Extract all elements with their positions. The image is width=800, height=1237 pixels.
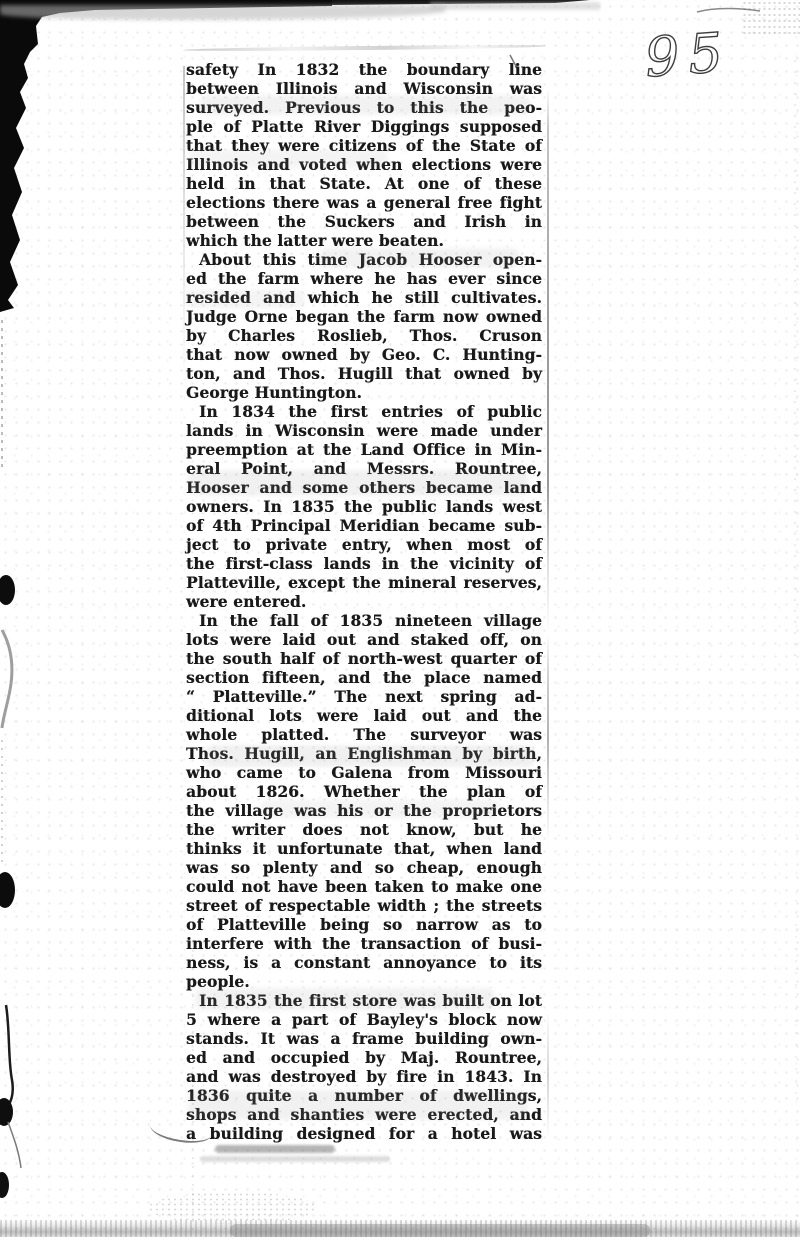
text-line: street of respectable width ; the street… (186, 896, 542, 915)
text-line: resided and which he still cultivates. (186, 288, 542, 307)
text-line: eral Point, and Messrs. Rountree, (186, 459, 542, 478)
text-line: preemption at the Land Office in Min- (186, 440, 542, 459)
text-line: lands in Wisconsin were made under (186, 421, 542, 440)
scan-smudge-top (0, 5, 445, 20)
scan-noise-bottom-band (0, 1220, 800, 1237)
text-line: “ Platteville.” The next spring ad- (186, 687, 542, 706)
text-line: of 4th Principal Meridian became sub- (186, 516, 542, 535)
text-line: between Illinois and Wisconsin was (186, 79, 542, 98)
text-line: which the latter were beaten. (186, 231, 542, 250)
text-line: 5 where a part of Bayley's block now (186, 1010, 542, 1029)
text-line: Illinois and voted when elections were (186, 155, 542, 174)
text-line: 1836 quite a number of dwellings, (186, 1086, 542, 1105)
text-line: that now owned by Geo. C. Hunting- (186, 345, 542, 364)
text-line: stands. It was a frame building own- (186, 1029, 542, 1048)
paragraph: In the fall of 1835 nineteen villagelots… (186, 611, 542, 991)
text-line: shops and shanties were erected, and (186, 1105, 542, 1124)
paragraph: safety In 1832 the boundary linebetween … (186, 60, 542, 250)
text-line: ness, is a constant annoyance to its (186, 953, 542, 972)
text-line: ple of Platte River Diggings supposed (186, 117, 542, 136)
text-line: In 1834 the first entries of public (186, 402, 542, 421)
text-line: George Huntington. (186, 383, 542, 402)
ink-blob (0, 575, 15, 605)
text-line: between the Suckers and Irish in (186, 212, 542, 231)
text-line: ed and occupied by Maj. Rountree, (186, 1048, 542, 1067)
scan-noise-bottom-dark (230, 1224, 650, 1237)
text-line: about 1826. Whether the plan of (186, 782, 542, 801)
text-line: of Platteville being so narrow as to (186, 915, 542, 934)
clipping-edge-left (183, 66, 185, 386)
text-line: the first-class lands in the vicinity of (186, 554, 542, 573)
text-line: safety In 1832 the boundary line (186, 60, 542, 79)
text-line: the village was his or the proprietors (186, 801, 542, 820)
text-line: and was destroyed by fire in 1843. In (186, 1067, 542, 1086)
text-line: people. (186, 972, 542, 991)
text-line: section fifteen, and the place named (186, 668, 542, 687)
text-line: In 1835 the first store was built on lot (186, 991, 542, 1010)
text-line: surveyed. Previous to this the peo- (186, 98, 542, 117)
newspaper-clipping: safety In 1832 the boundary linebetween … (183, 52, 551, 1157)
paragraph: In 1835 the first store was built on lot… (186, 991, 542, 1143)
text-line: ditional lots were laid out and the (186, 706, 542, 725)
text-line: interfere with the transaction of busi- (186, 934, 542, 953)
article-text: safety In 1832 the boundary linebetween … (186, 60, 542, 1143)
text-line: Platteville, except the mineral reserves… (186, 573, 542, 592)
scan-smudge-top (430, 2, 600, 10)
text-line: whole platted. The surveyor was (186, 725, 542, 744)
text-line: elections there was a general free fight (186, 193, 542, 212)
text-line: held in that State. At one of these (186, 174, 542, 193)
text-line: was so plenty and so cheap, enough (186, 858, 542, 877)
text-line: who came to Galena from Missouri (186, 763, 542, 782)
text-line: that they were citizens of the State of (186, 136, 542, 155)
text-line: Judge Orne began the farm now owned (186, 307, 542, 326)
text-line: by Charles Roslieb, Thos. Cruson (186, 326, 542, 345)
text-line: Hooser and some others became land (186, 478, 542, 497)
scanned-page: 95 safety In 1832 the boundary linebetwe… (0, 0, 800, 1237)
page-crease-curve (2, 630, 12, 728)
text-line: thinks it unfortunate that, when land (186, 839, 542, 858)
text-line: could not have been taken to make one (186, 877, 542, 896)
ink-blob (0, 1172, 9, 1198)
text-line: were entered. (186, 592, 542, 611)
ink-blob (0, 1098, 13, 1126)
column-rule-right (547, 88, 549, 1138)
clipping-torn-edge-top (183, 44, 545, 52)
text-line: ed the farm where he has ever since (186, 269, 542, 288)
handwritten-page-number: 95 (643, 20, 734, 89)
text-line: About this time Jacob Hooser open- (186, 250, 542, 269)
text-line: ton, and Thos. Hugill that owned by (186, 364, 542, 383)
text-line: ject to private entry, when most of (186, 535, 542, 554)
scan-noise-corner (742, 0, 800, 34)
text-line: a building designed for a hotel was (186, 1124, 542, 1143)
text-line: the writer does not know, but he (186, 820, 542, 839)
paragraph: About this time Jacob Hooser open-ed the… (186, 250, 542, 402)
text-line: Thos. Hugill, an Englishman by birth, (186, 744, 542, 763)
paragraph: In 1834 the first entries of publiclands… (186, 402, 542, 611)
text-line: lots were laid out and staked off, on (186, 630, 542, 649)
ink-blob (0, 872, 15, 908)
ink-squiggle (6, 1005, 13, 1106)
text-line: owners. In 1835 the public lands west (186, 497, 542, 516)
ink-squiggle-tail (8, 1122, 21, 1168)
text-line: the south half of north-west quarter of (186, 649, 542, 668)
text-line: In the fall of 1835 nineteen village (186, 611, 542, 630)
